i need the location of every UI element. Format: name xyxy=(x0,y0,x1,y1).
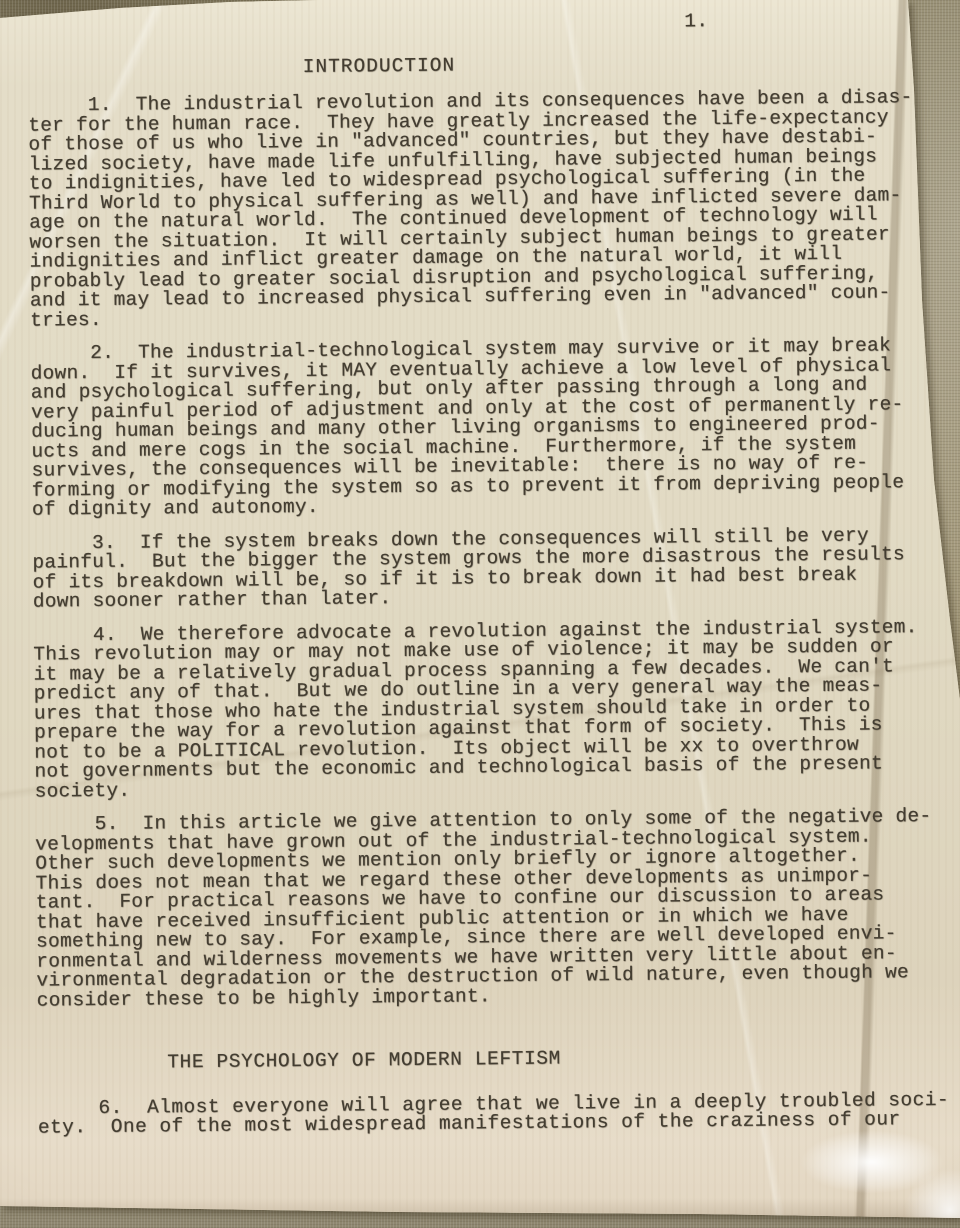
heading-introduction: INTRODUCTION xyxy=(303,51,955,77)
paragraph-4: 4. We therefore advocate a revolution ag… xyxy=(33,617,960,801)
document-page-wrapper: 1.INTRODUCTION 1. The industrial revolut… xyxy=(0,0,960,1228)
page-number: 1. xyxy=(684,10,954,32)
heading-psychology: THE PSYCHOLOGY OF MODERN LEFTISM xyxy=(167,1046,960,1073)
paragraph-1: 1. The industrial revolution and its con… xyxy=(28,88,957,331)
paragraph-6: 6. Almost everyone will agree that we li… xyxy=(38,1090,960,1138)
paragraph-5: 5. In this article we give attention to … xyxy=(35,807,960,1011)
typed-text: 1.INTRODUCTION 1. The industrial revolut… xyxy=(27,0,960,1138)
document-page: 1.INTRODUCTION 1. The industrial revolut… xyxy=(0,0,960,1228)
paragraph-2: 2. The industrial-technological system m… xyxy=(30,336,959,520)
paragraph-3: 3. If the system breaks down the consequ… xyxy=(32,525,960,612)
